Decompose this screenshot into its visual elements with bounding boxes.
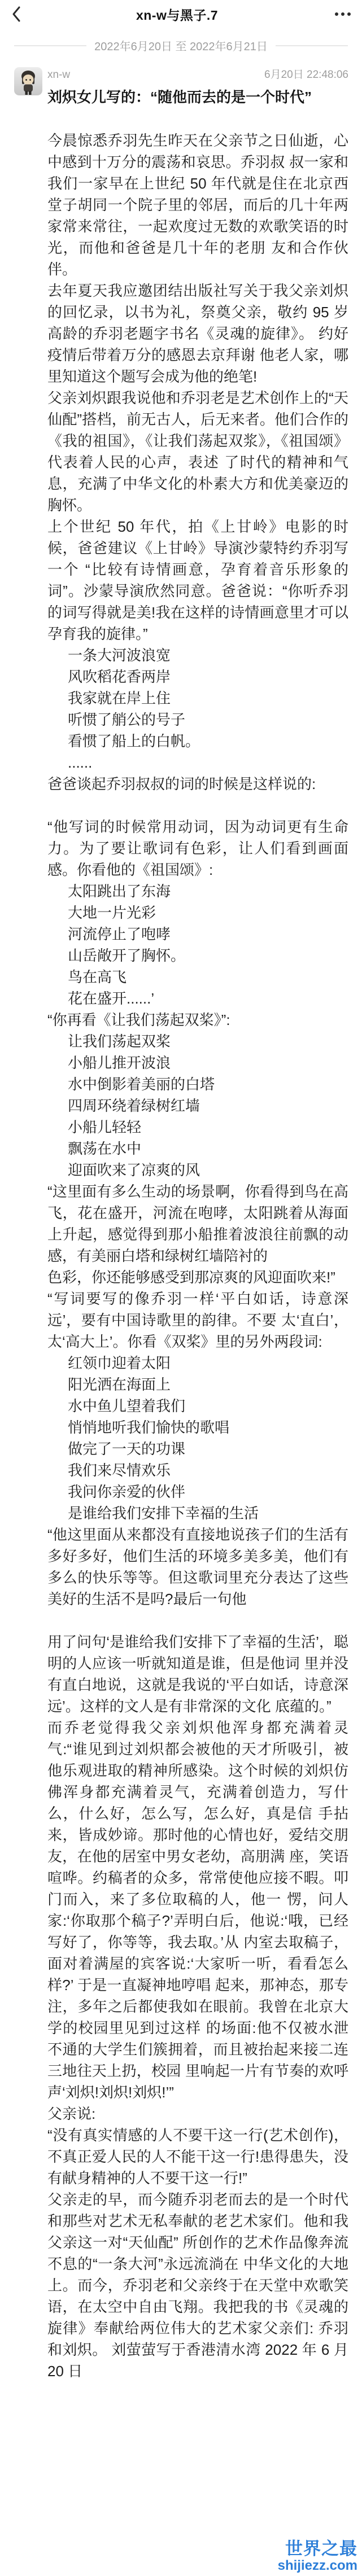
verse-line: 小船儿轻轻 bbox=[68, 1116, 348, 1138]
verse-line: 太阳跳出了东海 bbox=[68, 880, 348, 902]
paragraph: 上个世纪 50 年代，拍《上甘岭》电影的时候，爸爸建议《上甘岭》导演沙蒙特约乔羽… bbox=[47, 516, 348, 645]
verse-line: 鸟在高飞 bbox=[68, 966, 348, 988]
verse-line: 小船儿推开波浪 bbox=[68, 1052, 348, 1074]
chat-record-page: xn-w与黑子.7 2022年6月20日 至 2022年6月21日 bbox=[0, 0, 362, 2576]
verse-line: 一条大河波浪宽 bbox=[68, 645, 348, 666]
watermark-title: 世界之最 bbox=[278, 2540, 357, 2559]
verse-block: 红领巾迎着太阳阳光洒在海面上水中鱼儿望着我们悄悄地听我们愉快的歌唱做完了一天的功… bbox=[47, 1352, 348, 1524]
paragraph: 爸爸谈起乔羽叔叔的词的时候是这样说的: bbox=[47, 773, 348, 795]
menu-dot bbox=[347, 12, 351, 16]
verse-line: 是谁给我们安排下幸福的生活 bbox=[68, 1502, 348, 1524]
verse-line: 悄悄地听我们愉快的歌唱 bbox=[68, 1417, 348, 1438]
page-title: xn-w与黑子.7 bbox=[28, 5, 326, 24]
paragraph: “这里面有多么生动的场景啊，你看得到鸟在高飞，花在盛开，河流在咆哮，太阳跳着从海… bbox=[47, 1181, 348, 1267]
message-title: 刘炽女儿写的：“随他而去的是一个时代” bbox=[47, 87, 348, 107]
verse-line: 花在盛开......’ bbox=[68, 988, 348, 1009]
message-content: xn-w 6月20日 22:48:06 刘炽女儿写的：“随他而去的是一个时代” … bbox=[47, 66, 348, 2382]
back-icon[interactable] bbox=[11, 6, 28, 23]
paragraph: “他写词的时候常用动词，因为动词更有生命力。为了要让歌词有色彩，让人们看到画面感… bbox=[47, 816, 348, 880]
verse-line: 山岳敞开了胸怀。 bbox=[68, 945, 348, 966]
date-range-label: 2022年6月20日 至 2022年6月21日 bbox=[86, 37, 276, 54]
verse-line: 阳光洒在海面上 bbox=[68, 1374, 348, 1395]
watermark-logo: 世界之最 shijiezz.com bbox=[278, 2540, 357, 2573]
verse-block: 太阳跳出了东海大地一片光彩河流停止了咆哮山岳敞开了胸怀。鸟在高飞花在盛开....… bbox=[47, 880, 348, 1009]
paragraph: 色彩，你还能够感受到那凉爽的风迎面吹来!” bbox=[47, 1267, 348, 1288]
verse-line: 做完了一天的功课 bbox=[68, 1438, 348, 1460]
chevron-left-icon bbox=[11, 6, 21, 23]
verse-line: 四周环绕着绿树红墙 bbox=[68, 1095, 348, 1116]
verse-line: 让我们荡起双桨 bbox=[68, 1031, 348, 1052]
top-navigation-bar: xn-w与黑子.7 bbox=[0, 0, 362, 28]
verse-block: 让我们荡起双桨小船儿推开波浪水中倒影着美丽的白塔四周环绕着绿树红墙小船儿轻轻飘荡… bbox=[47, 1031, 348, 1181]
date-range-divider: 2022年6月20日 至 2022年6月21日 bbox=[14, 37, 348, 54]
paragraph-gap bbox=[47, 1610, 348, 1631]
menu-dot bbox=[335, 12, 338, 16]
verse-line: 迎面吹来了凉爽的风 bbox=[68, 1159, 348, 1181]
paragraph: “他这里面从来都没有直接地说孩子们的生活有多好多好，他们生活的环境多美多美，他们… bbox=[47, 1524, 348, 1610]
paragraph: “没有真实情感的人不要干这一行(艺术创作)，不真正爱人民的人不能干这一行!患得患… bbox=[47, 2124, 348, 2189]
paragraph: 今晨惊悉乔羽先生昨天在父亲节之日仙逝，心中感到十万分的震荡和哀思。乔羽叔 叔一家… bbox=[47, 130, 348, 280]
verse-line: 红领巾迎着太阳 bbox=[68, 1352, 348, 1374]
paragraph: 而乔老觉得我父亲刘炽他浑身都充满着灵气:“谁见到过刘炽都会被他的天才所吸引，被他… bbox=[47, 1717, 348, 2103]
timestamp: 6月20日 22:48:06 bbox=[264, 66, 348, 81]
paragraph: 父亲说: bbox=[47, 2103, 348, 2124]
message-body: 今晨惊悉乔羽先生昨天在父亲节之日仙逝，心中感到十万分的震荡和哀思。乔羽叔 叔一家… bbox=[47, 130, 348, 2382]
paragraph: 父亲走的早，而今随乔羽老而去的是一个时代和那些对艺术无私奉献的老艺术家们。他和我… bbox=[47, 2189, 348, 2382]
divider-line bbox=[276, 45, 348, 46]
avatar-doll-image bbox=[14, 67, 42, 95]
username: xn-w bbox=[47, 69, 70, 81]
avatar[interactable] bbox=[14, 67, 42, 95]
watermark-site: shijiezz.com bbox=[278, 2559, 357, 2573]
paragraph: 去年夏天我应邀团结出版社写关于我父亲刘炽的回忆录，以书为礼，祭奠父亲，敬约 95… bbox=[47, 280, 348, 387]
menu-dot bbox=[341, 12, 344, 16]
verse-line: 水中鱼儿望着我们 bbox=[68, 1395, 348, 1417]
paragraph: “写词要写的像乔羽一样‘平白如话，诗意深远’，要有中国诗歌里的韵律。不要 太‘直… bbox=[47, 1288, 348, 1352]
verse-line: 水中倒影着美丽的白塔 bbox=[68, 1074, 348, 1095]
verse-line: 飘荡在水中 bbox=[68, 1138, 348, 1159]
verse-line: 我家就在岸上住 bbox=[68, 687, 348, 709]
verse-line: ...... bbox=[68, 752, 348, 773]
paragraph-gap bbox=[47, 795, 348, 816]
verse-line: 风吹稻花香两岸 bbox=[68, 666, 348, 687]
verse-line: 大地一片光彩 bbox=[68, 902, 348, 923]
verse-line: 河流停止了咆哮 bbox=[68, 923, 348, 945]
verse-line: 我问你亲爱的伙伴 bbox=[68, 1481, 348, 1502]
chat-message: xn-w 6月20日 22:48:06 刘炽女儿写的：“随他而去的是一个时代” … bbox=[0, 66, 362, 2382]
verse-line: 我们来尽情欢乐 bbox=[68, 1460, 348, 1481]
message-meta: xn-w 6月20日 22:48:06 bbox=[47, 66, 348, 81]
verse-line: 听惯了艄公的号子 bbox=[68, 709, 348, 730]
verse-block: 一条大河波浪宽风吹稻花香两岸我家就在岸上住听惯了艄公的号子看惯了船上的白帆。..… bbox=[47, 645, 348, 773]
verse-line: 看惯了船上的白帆。 bbox=[68, 730, 348, 752]
paragraph: “你再看《让我们荡起双桨》”: bbox=[47, 1009, 348, 1031]
divider-line bbox=[14, 45, 86, 46]
more-menu-icon[interactable] bbox=[326, 12, 351, 16]
paragraph: 用了问句‘是谁给我们安排下了幸福的生活’，聪明的人应该一听就知道是谁，但是他词 … bbox=[47, 1631, 348, 1717]
paragraph: 父亲刘炽跟我说他和乔羽老是艺术创作上的“天仙配”搭档，前无古人，后无来者。他们合… bbox=[47, 387, 348, 516]
